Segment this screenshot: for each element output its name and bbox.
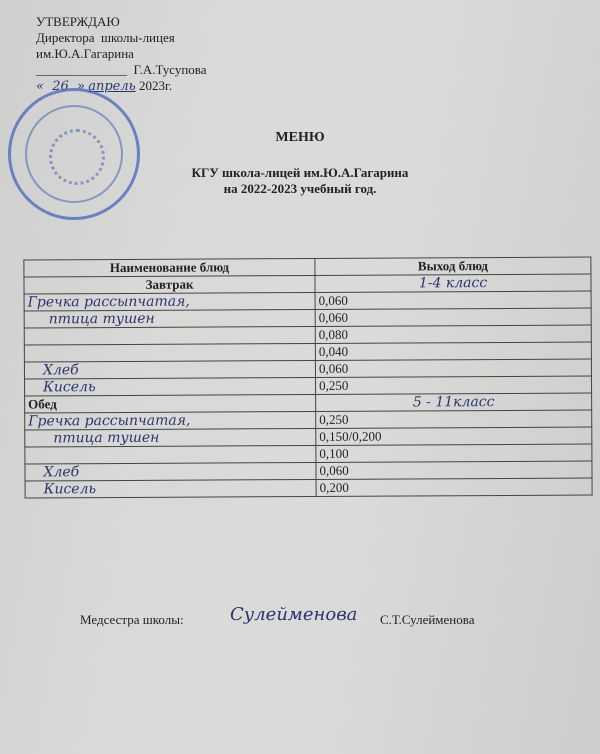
page-title: МЕНЮ bbox=[0, 130, 600, 146]
breakfast-class: 1-4 класс bbox=[315, 274, 591, 292]
nurse-signature: Сулейменова bbox=[230, 604, 357, 625]
menu-table: Наименование блюд Выход блюд Завтрак 1-4… bbox=[23, 257, 592, 499]
breakfast-label: Завтрак bbox=[24, 275, 315, 294]
lunch-label: Обед bbox=[25, 394, 316, 413]
approval-line2: им.Ю.А.Гагарина bbox=[36, 46, 207, 62]
header-dish: Наименование блюд bbox=[24, 258, 315, 277]
director-name: ______________ Г.А.Тусупова bbox=[36, 62, 207, 78]
page-subtitle: КГУ школа-лицей им.Ю.А.Гагарина на 2022-… bbox=[0, 165, 600, 197]
approval-line1: Директора школы-лицея bbox=[36, 30, 207, 46]
nurse-name: С.Т.Сулейменова bbox=[380, 612, 475, 628]
nurse-role: Медсестра школы: bbox=[80, 612, 184, 628]
approval-block: УТВЕРЖДАЮ Директора школы-лицея им.Ю.А.Г… bbox=[36, 14, 207, 95]
header-yield: Выход блюд bbox=[315, 257, 591, 275]
lunch-class: 5 - 11класс bbox=[316, 393, 592, 411]
table-row: Кисель0,200 bbox=[25, 478, 592, 498]
school-stamp-icon bbox=[8, 88, 140, 220]
approval-heading: УТВЕРЖДАЮ bbox=[36, 14, 207, 30]
